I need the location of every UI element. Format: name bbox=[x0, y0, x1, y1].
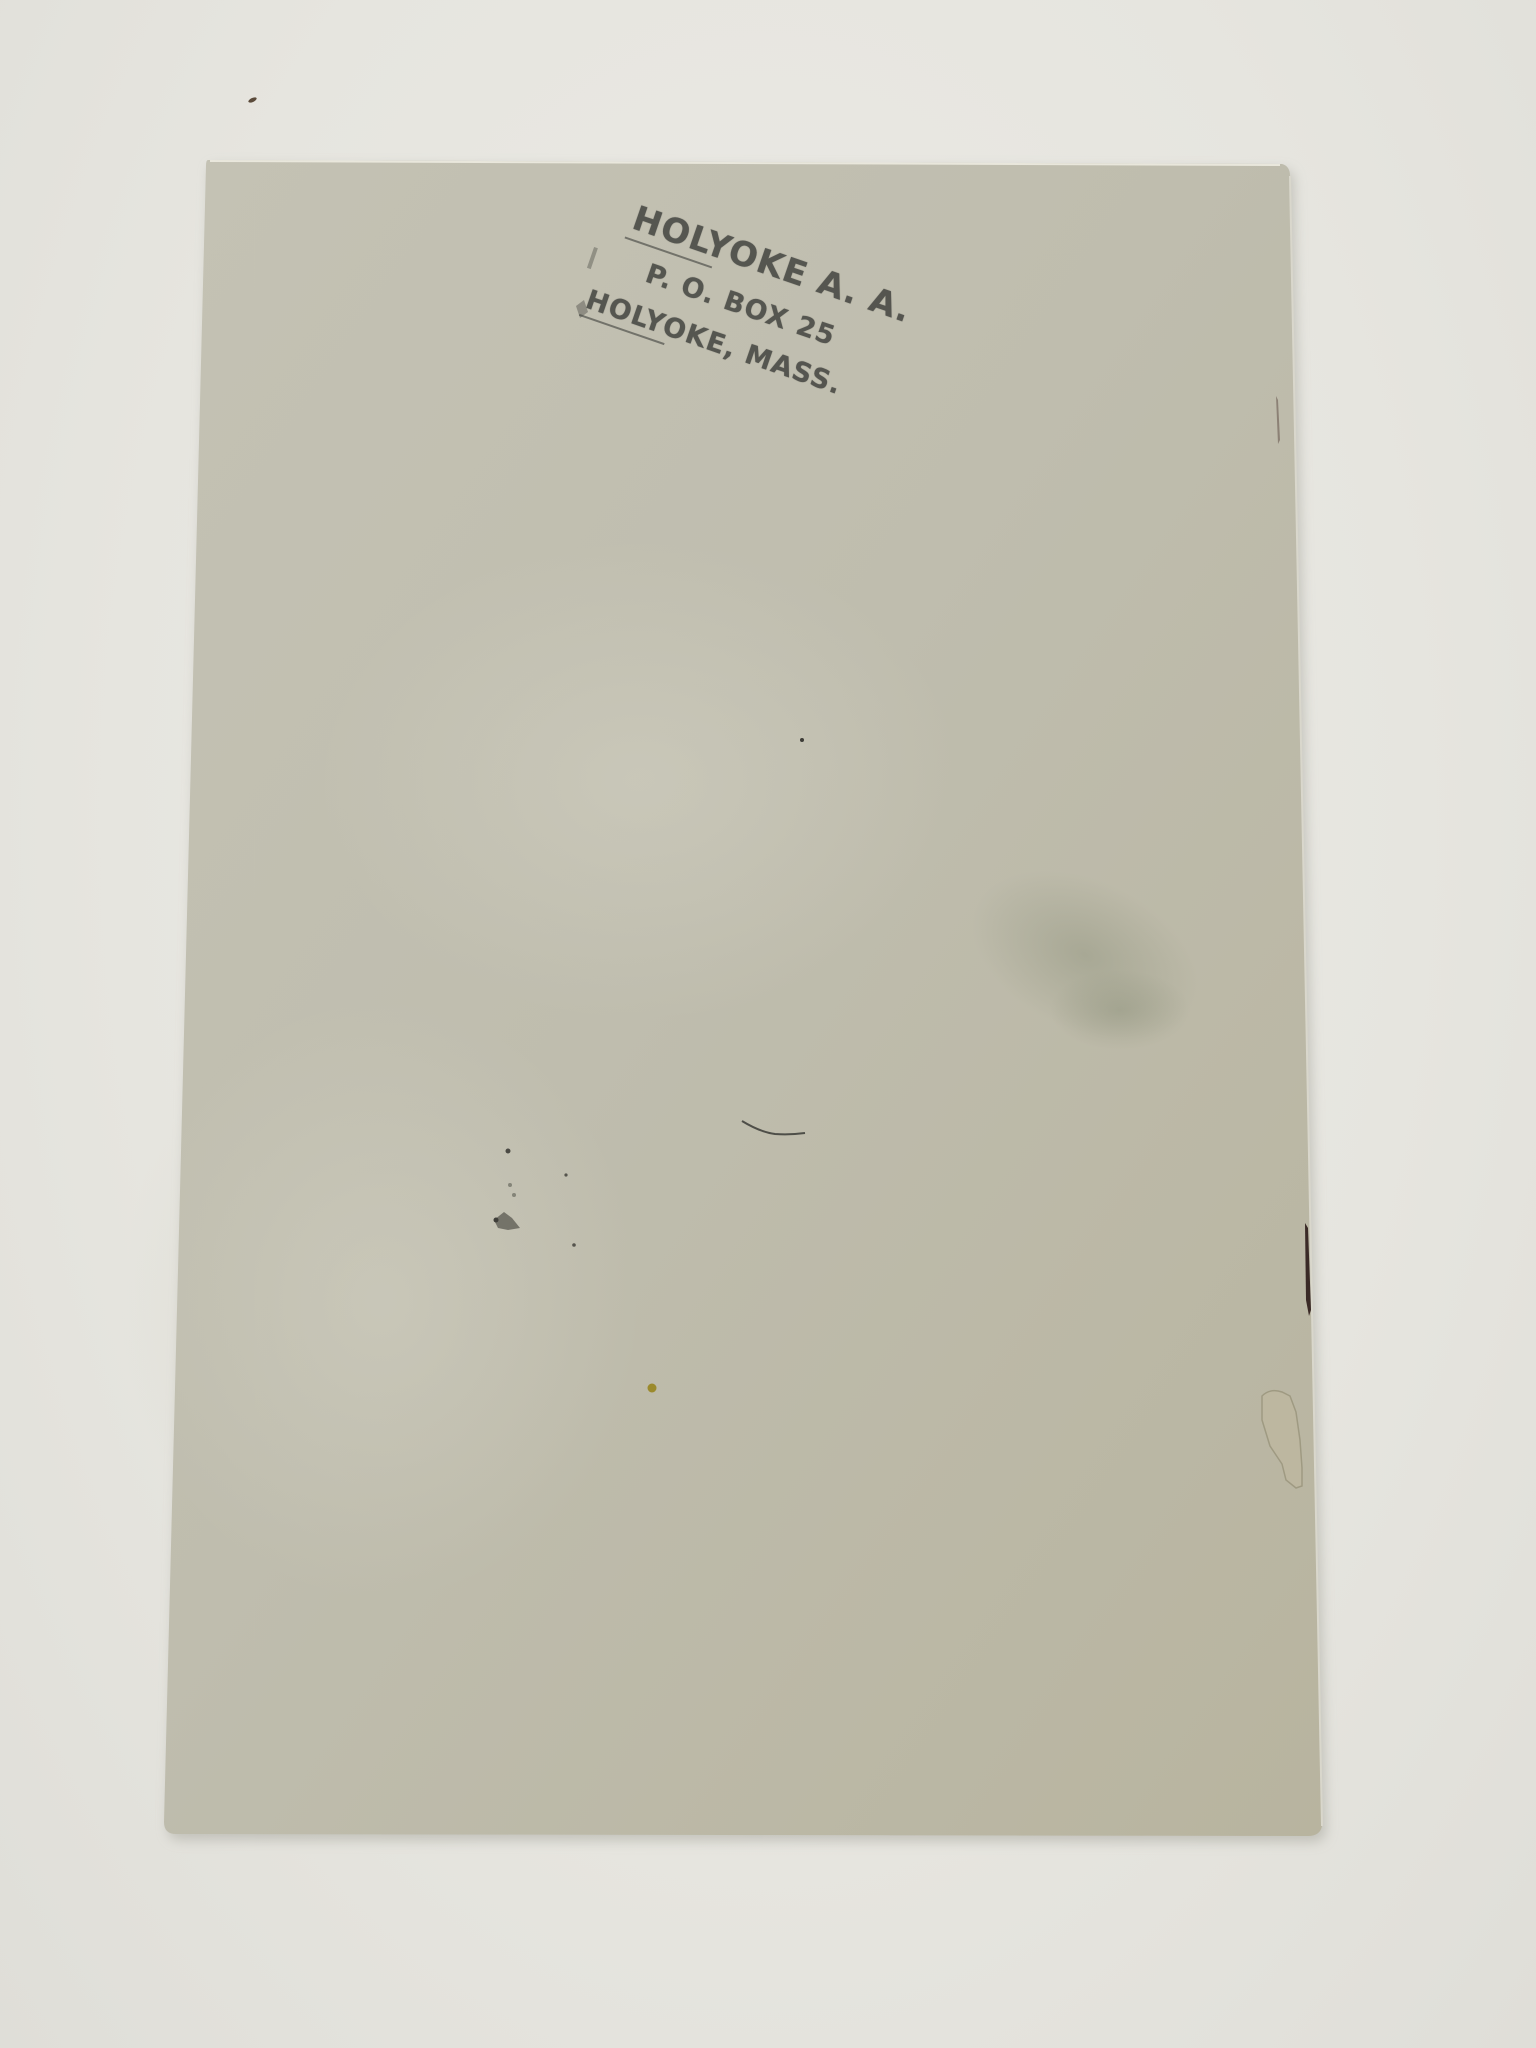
yellow-dot bbox=[648, 1384, 657, 1393]
booklet-back-cover: HOLYOKE A. A. P. O. BOX 25 HOLYOKE, MASS… bbox=[0, 0, 1536, 2048]
photo-scene: HOLYOKE A. A. P. O. BOX 25 HOLYOKE, MASS… bbox=[0, 0, 1536, 2048]
